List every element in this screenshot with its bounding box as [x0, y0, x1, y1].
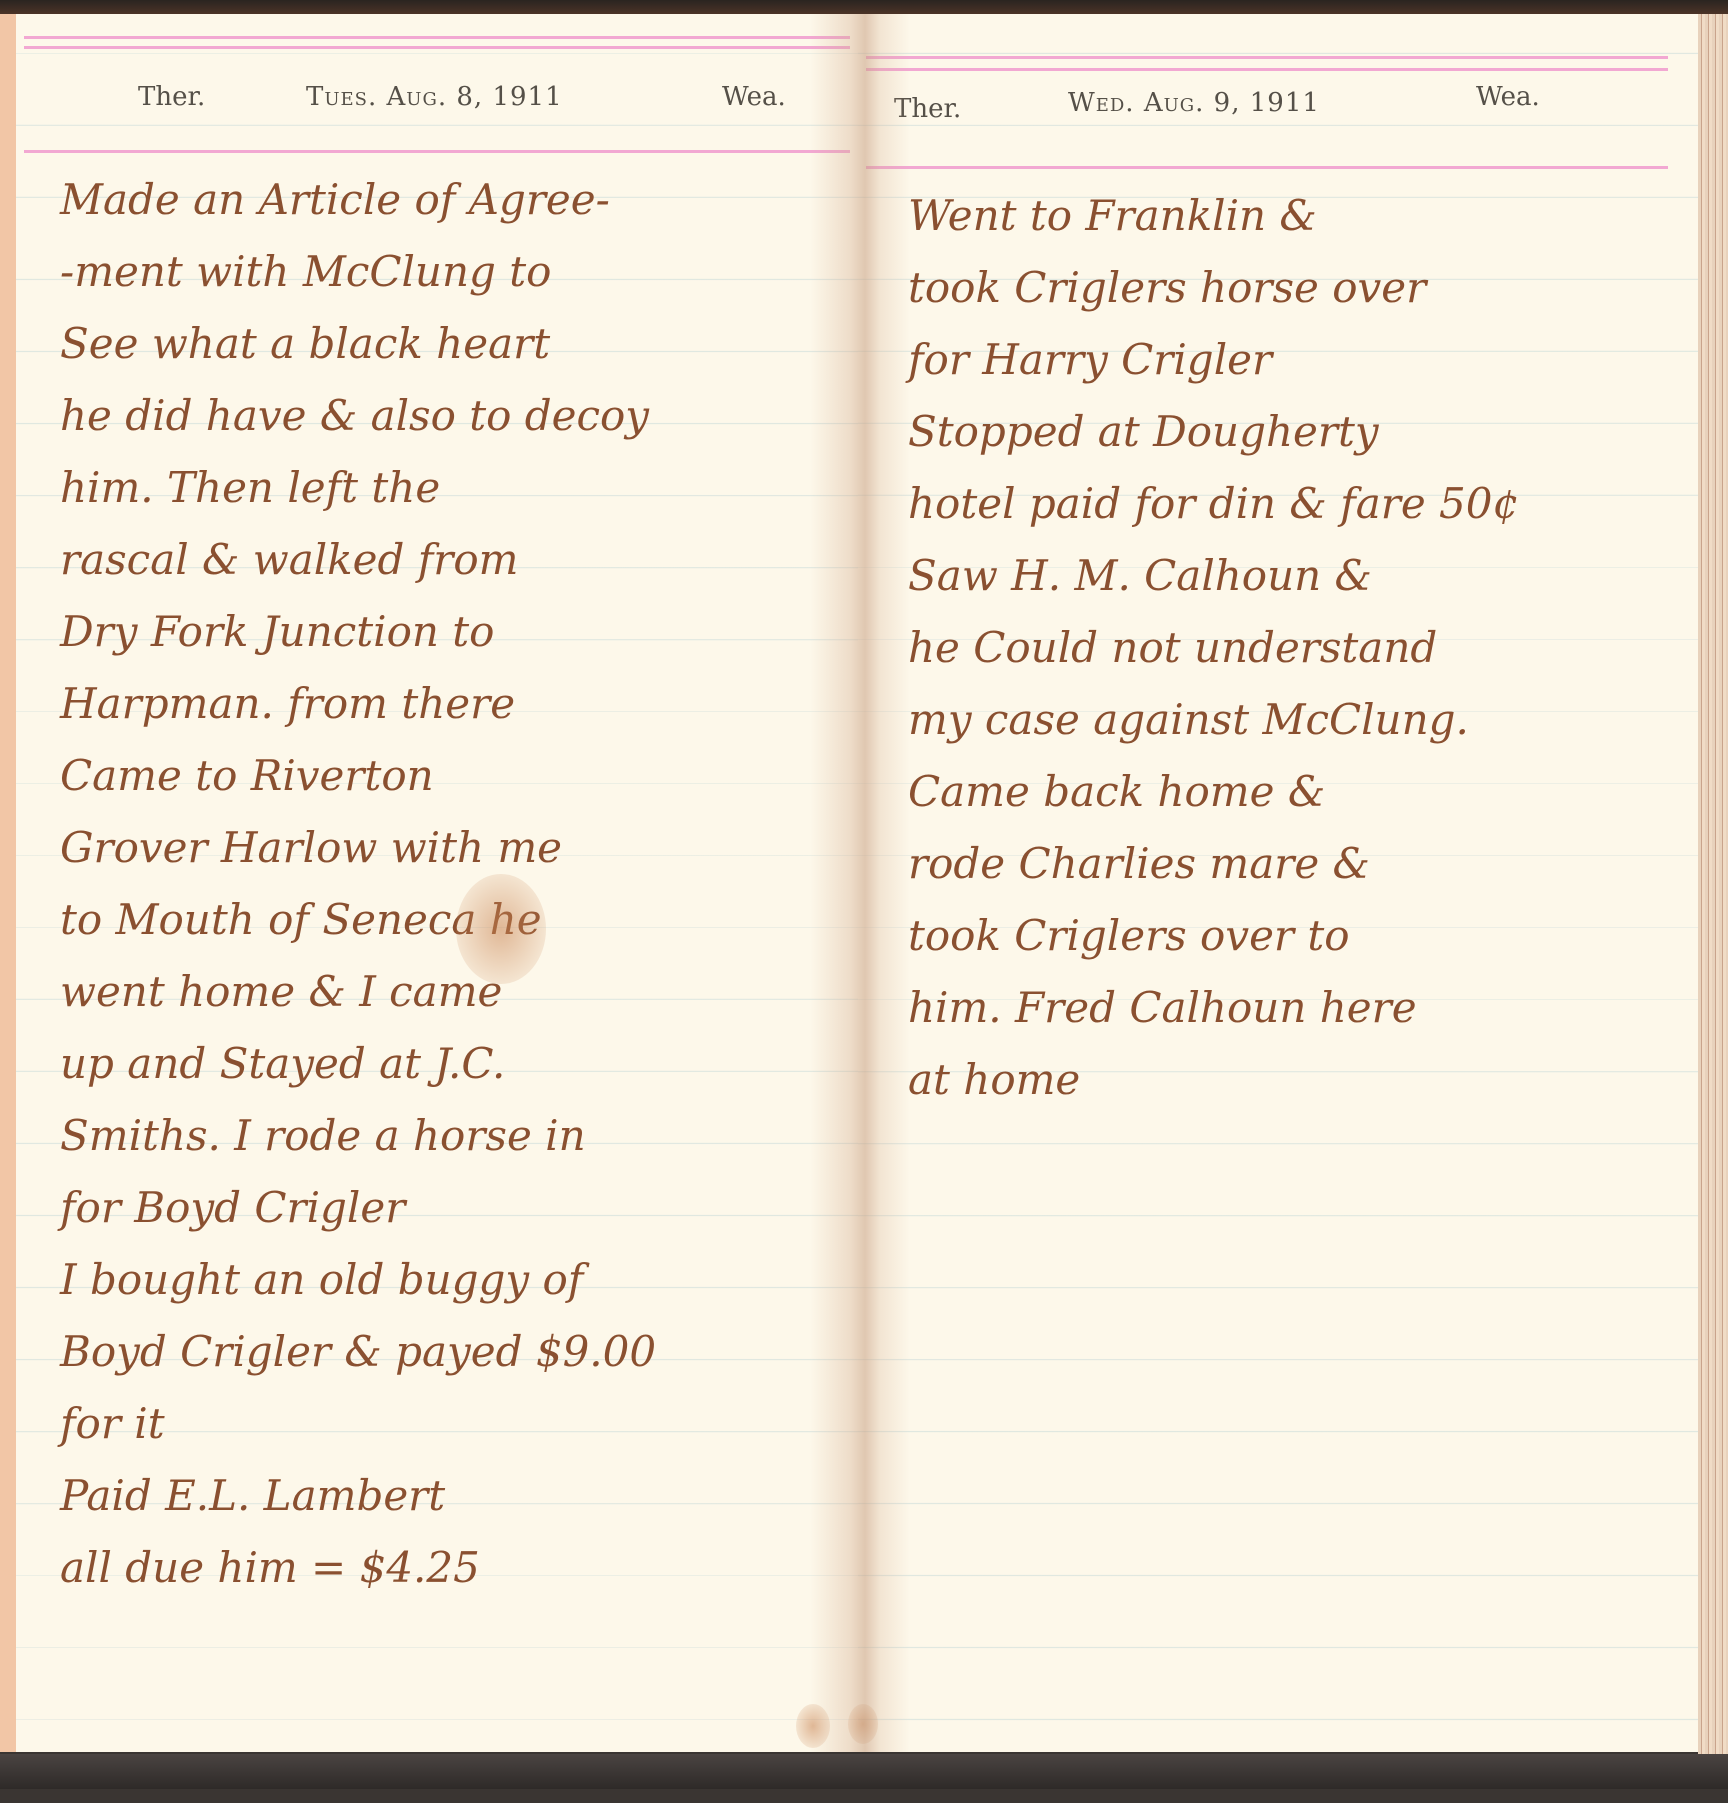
entry-line: Came back home &	[908, 756, 1668, 828]
entry-line: for Harry Crigler	[908, 324, 1668, 396]
header-rule-bottom	[24, 150, 850, 153]
thermometer-label: Ther.	[894, 94, 961, 124]
entry-line: See what a black heart	[60, 308, 828, 380]
entry-line: rascal & walked from	[60, 524, 828, 596]
entry-line: Paid E.L. Lambert	[60, 1460, 828, 1532]
entry-line: Harpman. from there	[60, 668, 828, 740]
header-rule-top	[866, 56, 1668, 59]
entry-line: at home	[908, 1044, 1668, 1116]
weather-label: Wea.	[1476, 82, 1540, 112]
entry-line: for Boyd Crigler	[60, 1172, 828, 1244]
entry-line: went home & I came	[60, 956, 828, 1028]
entry-line: Came to Riverton	[60, 740, 828, 812]
entry-line: Grover Harlow with me	[60, 812, 828, 884]
entry-line: Smiths. I rode a horse in	[60, 1100, 828, 1172]
entry-line: took Criglers over to	[908, 900, 1668, 972]
header-rule-top-second	[866, 68, 1668, 71]
diary-spread: Ther. Tues. Aug. 8, 1911 Wea. Made an Ar…	[0, 14, 1728, 1754]
entry-line: he did have & also to decoy	[60, 380, 828, 452]
diary-entry-left: Made an Article of Agree- -ment with McC…	[60, 164, 828, 1604]
entry-line: Made an Article of Agree-	[60, 164, 828, 236]
entry-line: took Criglers horse over	[908, 252, 1668, 324]
left-page: Ther. Tues. Aug. 8, 1911 Wea. Made an Ar…	[0, 14, 858, 1752]
header-rule-top	[24, 36, 850, 39]
right-page: Ther. Wed. Aug. 9, 1911 Wea. Went to Fra…	[858, 14, 1698, 1752]
entry-line: Stopped at Dougherty	[908, 396, 1668, 468]
foxing-spot	[796, 1704, 830, 1748]
entry-line: I bought an old buggy of	[60, 1244, 828, 1316]
entry-line: -ment with McClung to	[60, 236, 828, 308]
book-cover-bottom	[0, 1754, 1728, 1789]
entry-line: Saw H. M. Calhoun &	[908, 540, 1668, 612]
entry-line: for it	[60, 1388, 828, 1460]
entry-line: Dry Fork Junction to	[60, 596, 828, 668]
entry-line: he Could not understand	[908, 612, 1668, 684]
page-edges	[1698, 14, 1728, 1764]
entry-line: hotel paid for din & fare 50¢	[908, 468, 1668, 540]
page-date: Tues. Aug. 8, 1911	[306, 82, 563, 112]
entry-line: rode Charlies mare &	[908, 828, 1668, 900]
diary-entry-right: Went to Franklin & took Criglers horse o…	[908, 180, 1668, 1116]
header-rule-bottom	[866, 166, 1668, 169]
ink-stain	[456, 874, 546, 984]
thermometer-label: Ther.	[138, 82, 205, 112]
entry-line: up and Stayed at J.C.	[60, 1028, 828, 1100]
foxing-spot	[848, 1704, 878, 1744]
entry-line: my case against McClung.	[908, 684, 1668, 756]
entry-line: all due him = $4.25	[60, 1532, 828, 1604]
entry-line: him. Fred Calhoun here	[908, 972, 1668, 1044]
page-date: Wed. Aug. 9, 1911	[1068, 88, 1320, 118]
entry-line: Went to Franklin &	[908, 180, 1668, 252]
entry-line: to Mouth of Seneca he	[60, 884, 828, 956]
weather-label: Wea.	[722, 82, 786, 112]
header-rule-top-second	[24, 46, 850, 49]
entry-line: him. Then left the	[60, 452, 828, 524]
entry-line: Boyd Crigler & payed $9.00	[60, 1316, 828, 1388]
